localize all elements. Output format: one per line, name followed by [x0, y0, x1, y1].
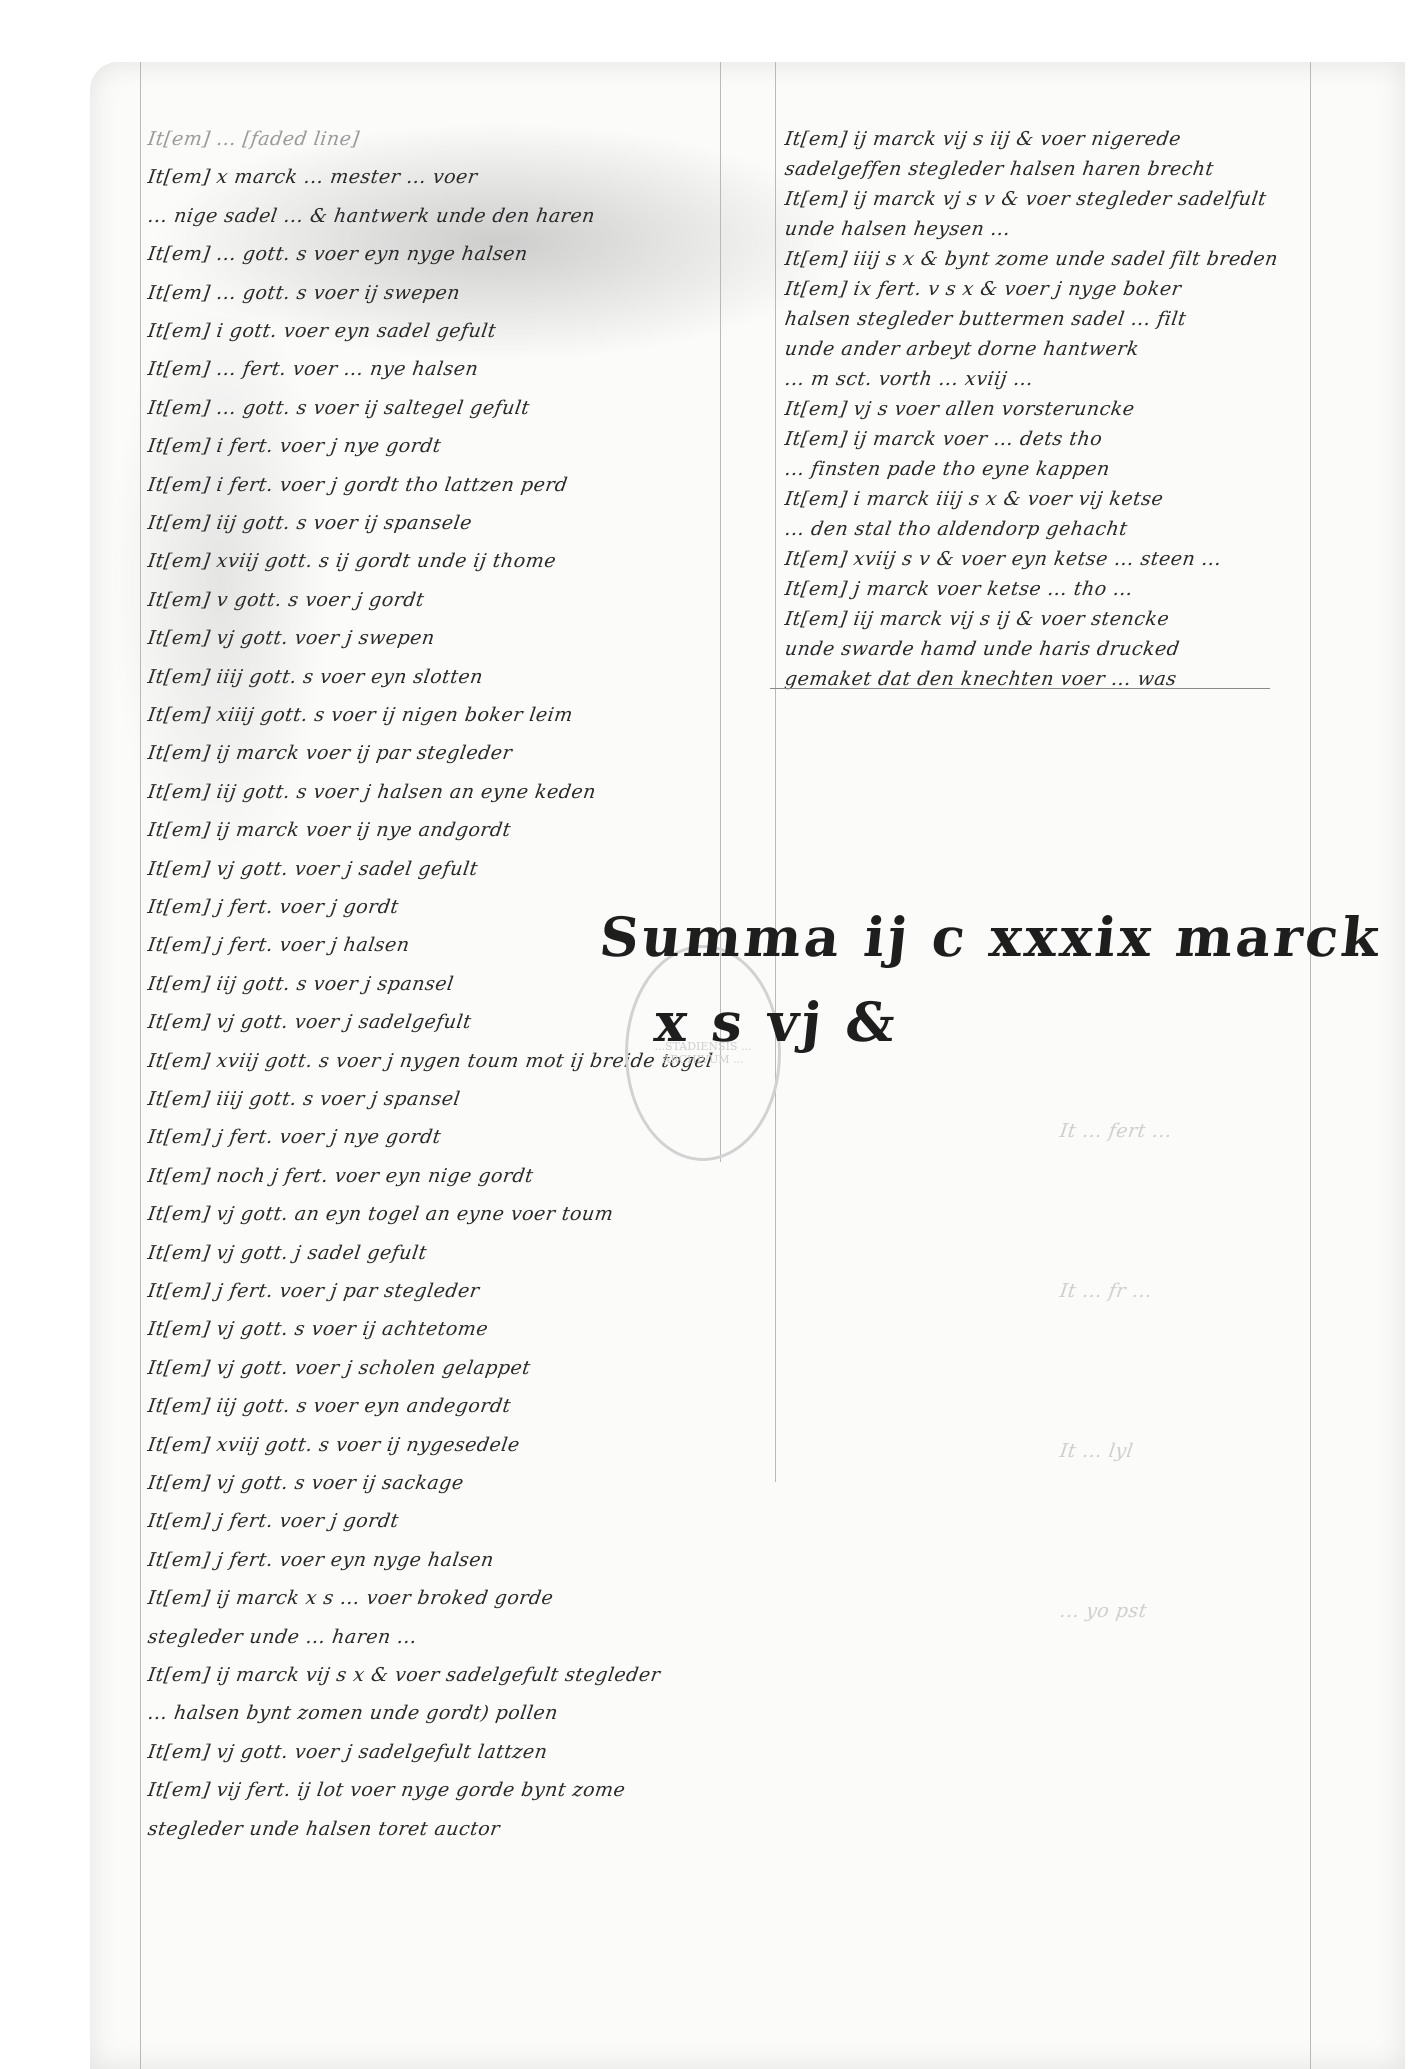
ledger-entry: It[em] xviij gott. s ij gordt unde ij th… — [146, 550, 557, 572]
column-rule-2 — [775, 62, 776, 1482]
bleed-through-line: It ... fr ... — [1058, 1280, 1153, 1302]
ledger-entry: It[em] iiij s x & bynt zome unde sadel f… — [783, 248, 1279, 270]
ledger-entry: It[em] j fert. voer j par stegleder — [146, 1280, 481, 1302]
ledger-entry: It[em] xviij s v & voer eyn ketse ... st… — [783, 548, 1223, 570]
bleed-through-line: ... yo pst — [1058, 1600, 1148, 1622]
ledger-entry: It[em] i marck iiij s x & voer vij ketse — [783, 488, 1164, 510]
ledger-entry: gemaket dat den knechten voer ... was — [783, 668, 1178, 690]
ledger-entry: It[em] ij marck voer ij nye andgordt — [146, 819, 512, 841]
ledger-entry: It[em] iiij gott. s voer j spansel — [146, 1088, 461, 1110]
ledger-entry: halsen stegleder buttermen sadel ... fil… — [783, 308, 1187, 330]
ledger-entry: It[em] vij fert. ij lot voer nyge gorde … — [146, 1779, 626, 1801]
ledger-entry: It[em] j fert. voer j nye gordt — [146, 1126, 442, 1148]
ledger-entry: It[em] vj gott. voer j scholen gelappet — [146, 1357, 532, 1379]
ledger-entry: It[em] j fert. voer j gordt — [146, 1510, 400, 1532]
ledger-entry: ... nige sadel ... & hantwerk unde den h… — [146, 205, 596, 227]
ledger-entry: It[em] v gott. s voer j gordt — [146, 589, 425, 611]
ledger-entry: stegleder unde halsen toret auctor — [146, 1818, 501, 1840]
ledger-entry: It[em] i fert. voer j gordt tho lattzen … — [146, 474, 569, 496]
ledger-entry: It[em] ... gott. s voer ij swepen — [146, 282, 461, 304]
ledger-entry: It[em] ij marck voer ij par stegleder — [146, 742, 513, 764]
ledger-entry: It[em] vj gott. voer j sadel gefult — [146, 858, 479, 880]
ledger-entry: ... halsen bynt zomen unde gordt) pollen — [146, 1702, 559, 1724]
summa-total-line1: Summa ij c xxxix marck — [597, 905, 1386, 969]
ledger-entry: It[em] vj gott. voer j sadelgefult lattz… — [146, 1741, 549, 1763]
ledger-entry: It[em] ij marck x s ... voer broked gord… — [146, 1587, 554, 1609]
ledger-entry: ... den stal tho aldendorp gehacht — [783, 518, 1129, 540]
ledger-entry: It[em] vj gott. j sadel gefult — [146, 1242, 428, 1264]
ledger-entry: It[em] i gott. voer eyn sadel gefult — [146, 320, 497, 342]
ledger-entry: It[em] vj s voer allen vorsteruncke — [783, 398, 1136, 420]
ledger-entry: unde ander arbeyt dorne hantwerk — [783, 338, 1140, 360]
ledger-entry: It[em] ij marck vij s x & voer sadelgefu… — [146, 1664, 661, 1686]
ledger-entry: It[em] ij marck vij s iij & voer nigered… — [783, 128, 1182, 150]
ledger-entry: unde swarde hamd unde haris drucked — [783, 638, 1181, 660]
ledger-entry: It[em] vj gott. s voer ij achtetome — [146, 1318, 489, 1340]
ledger-entry: It[em] j fert. voer j gordt — [146, 896, 400, 918]
ledger-entry: It[em] iij gott. s voer eyn andegordt — [146, 1395, 512, 1417]
ledger-entry: It[em] i fert. voer j nye gordt — [146, 435, 442, 457]
ledger-entry: stegleder unde ... haren ... — [146, 1626, 418, 1648]
ledger-entry: ... m sct. vorth ... xviij ... — [783, 368, 1034, 390]
ledger-entry: It[em] iij gott. s voer j spansel — [146, 973, 455, 995]
ledger-entry: It[em] vj gott. s voer ij sackage — [146, 1472, 465, 1494]
ledger-entry: It[em] ... fert. voer ... nye halsen — [146, 358, 479, 380]
ledger-entry: It[em] xviij gott. s voer ij nygesedele — [146, 1434, 521, 1456]
ledger-entry: It[em] ij marck voer ... dets tho — [783, 428, 1103, 450]
ledger-entry: It[em] ... gott. s voer ij saltegel gefu… — [146, 397, 531, 419]
ledger-entry: It[em] ... gott. s voer eyn nyge halsen — [146, 243, 529, 265]
ledger-entry: It[em] iij gott. s voer j halsen an eyne… — [146, 781, 597, 803]
ledger-entry: It[em] j marck voer ketse ... tho ... — [783, 578, 1134, 600]
ledger-entry: It[em] ij marck vj s v & voer stegleder … — [783, 188, 1267, 210]
ledger-entry: It[em] vj gott. an eyn togel an eyne voe… — [146, 1203, 614, 1225]
ledger-entry: It[em] iij marck vij s ij & voer stencke — [783, 608, 1170, 630]
ledger-entry: It[em] iiij gott. s voer eyn slotten — [146, 666, 484, 688]
ledger-entry: It[em] noch j fert. voer eyn nige gordt — [146, 1165, 534, 1187]
ledger-entry: unde halsen heysen ... — [783, 218, 1012, 240]
ledger-entry: It[em] iij gott. s voer ij spansele — [146, 512, 473, 534]
ledger-entry: It[em] xiiij gott. s voer ij nigen boker… — [146, 704, 574, 726]
ledger-entry: sadelgeffen stegleder halsen haren brech… — [783, 158, 1215, 180]
bleed-through-line: It ... lyl — [1058, 1440, 1134, 1462]
ledger-entry: It[em] vj gott. voer j sadelgefult — [146, 1011, 472, 1033]
ledger-entry: It[em] j fert. voer j halsen — [146, 934, 411, 956]
ledger-entry: ... finsten pade tho eyne kappen — [783, 458, 1111, 480]
ledger-entry: It[em] x marck ... mester ... voer — [146, 166, 479, 188]
ledger-entry: It[em] vj gott. voer j swepen — [146, 627, 436, 649]
margin-rule-left — [140, 62, 141, 2069]
ledger-entry: It[em] ix fert. v s x & voer j nyge boke… — [783, 278, 1182, 300]
ledger-entry: It[em] j fert. voer eyn nyge halsen — [146, 1549, 495, 1571]
section-divider — [770, 688, 1270, 689]
margin-rule-right — [1310, 62, 1311, 2069]
bleed-through-line: It ... fert ... — [1058, 1120, 1173, 1142]
summa-total-line2: x s vj & — [652, 990, 901, 1054]
ledger-entry: It[em] ... [faded line] — [146, 128, 360, 150]
